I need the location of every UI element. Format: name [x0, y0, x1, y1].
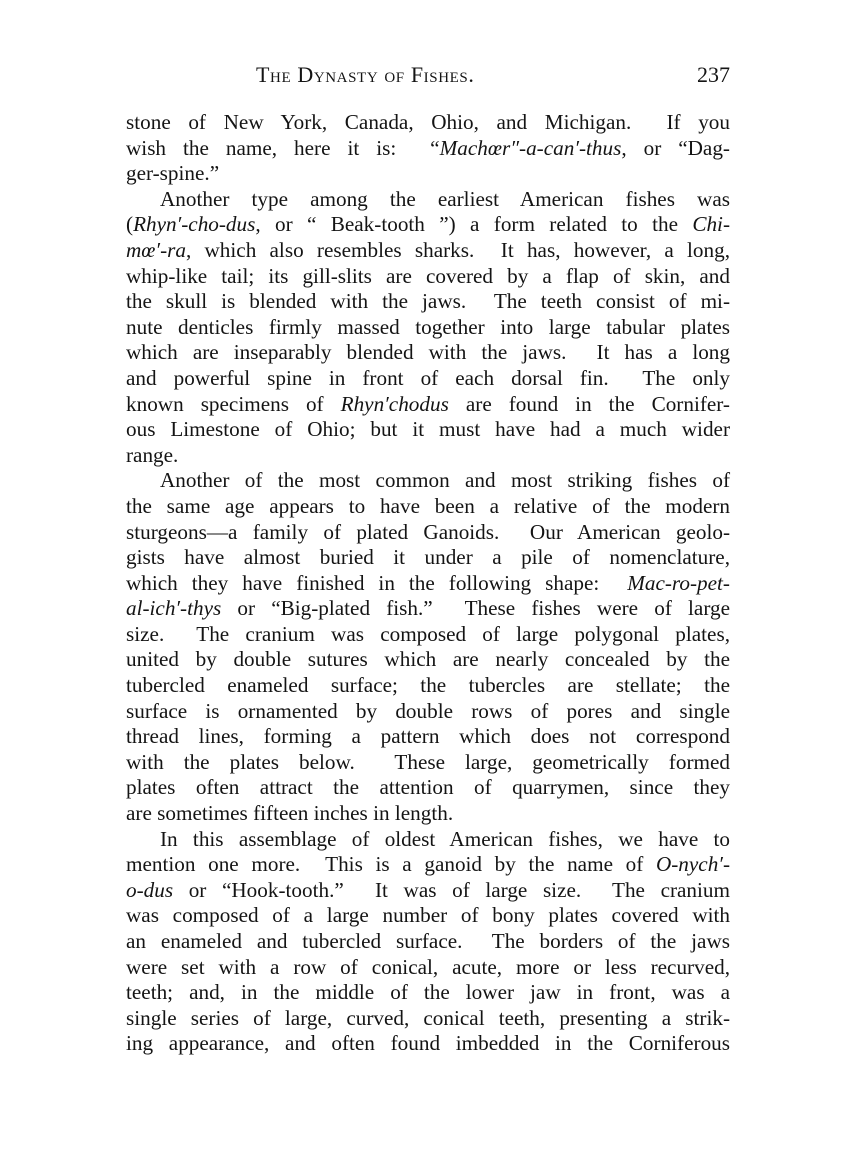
italic-term: o-dus	[126, 878, 173, 902]
text-line: ger-spine.”	[126, 161, 730, 187]
text-run: range.	[126, 443, 178, 467]
text-run: (	[126, 212, 133, 236]
text-line: are sometimes fifteen inches in length.	[126, 801, 730, 827]
text-line: known specimens of Rhyn′chodus are found…	[126, 392, 730, 418]
text-run: , or “ Beak-tooth ”) a form related to t…	[255, 212, 692, 236]
text-run: or “Hook-tooth.” It was of large size. T…	[173, 878, 730, 902]
text-run: tubercled enameled surface; the tubercle…	[126, 673, 730, 697]
text-run: and powerful spine in front of each dors…	[126, 366, 730, 390]
text-run: single series of large, curved, conical …	[126, 1006, 730, 1030]
book-page: The Dynasty of Fishes. 237 stone of New …	[126, 62, 730, 1057]
text-line: whip-like tail; its gill-slits are cover…	[126, 264, 730, 290]
italic-term: O-nych′-	[656, 852, 730, 876]
text-run: , which also resembles sharks. It has, h…	[186, 238, 730, 262]
text-run: Another type among the earliest American…	[160, 187, 730, 211]
text-run: were set with a row of conical, acute, m…	[126, 955, 730, 979]
text-line: (Rhyn′-cho-dus, or “ Beak-tooth ”) a for…	[126, 212, 730, 238]
running-title: The Dynasty of Fishes.	[256, 62, 474, 88]
text-run: mention one more. This is a ganoid by th…	[126, 852, 656, 876]
paragraph: stone of New York, Canada, Ohio, and Mic…	[126, 110, 730, 187]
text-run: which are inseparably blended with the j…	[126, 340, 730, 364]
text-line: mœ′-ra, which also resembles sharks. It …	[126, 238, 730, 264]
italic-term: al-ich′-thys	[126, 596, 221, 620]
text-run: In this assemblage of oldest American fi…	[160, 827, 730, 851]
italic-term: mœ′-ra	[126, 238, 186, 262]
text-run: whip-like tail; its gill-slits are cover…	[126, 264, 730, 288]
text-run: united by double sutures which are nearl…	[126, 647, 730, 671]
italic-term: Chi-	[692, 212, 730, 236]
text-line: gists have almost buried it under a pile…	[126, 545, 730, 571]
text-line: In this assemblage of oldest American fi…	[126, 827, 730, 853]
text-line: an enameled and tubercled surface. The b…	[126, 929, 730, 955]
text-line: range.	[126, 443, 730, 469]
text-line: ing appearance, and often found imbedded…	[126, 1031, 730, 1057]
text-run: teeth; and, in the middle of the lower j…	[126, 980, 730, 1004]
text-run: gists have almost buried it under a pile…	[126, 545, 730, 569]
text-run: Another of the most common and most stri…	[160, 468, 730, 492]
paragraph: In this assemblage of oldest American fi…	[126, 827, 730, 1057]
text-run: size. The cranium was composed of large …	[126, 622, 730, 646]
italic-term: Mac-ro-pet-	[627, 571, 730, 595]
text-line: nute denticles firmly massed together in…	[126, 315, 730, 341]
text-run: or “Big-plated fish.” These fishes were …	[221, 596, 730, 620]
italic-term: Rhyn′chodus	[341, 392, 449, 416]
text-line: wish the name, here it is: “Machœr″-a-ca…	[126, 136, 730, 162]
text-run: which they have finished in the followin…	[126, 571, 627, 595]
text-line: thread lines, forming a pattern which do…	[126, 724, 730, 750]
text-line: ous Limestone of Ohio; but it must have …	[126, 417, 730, 443]
italic-term: Rhyn′-cho-dus	[133, 212, 255, 236]
text-line: Another of the most common and most stri…	[126, 468, 730, 494]
text-line: the same age appears to have been a rela…	[126, 494, 730, 520]
running-header: The Dynasty of Fishes. 237	[126, 62, 730, 96]
text-line: teeth; and, in the middle of the lower j…	[126, 980, 730, 1006]
text-line: were set with a row of conical, acute, m…	[126, 955, 730, 981]
text-run: sturgeons—a family of plated Ganoids. Ou…	[126, 520, 730, 544]
text-line: plates often attract the attention of qu…	[126, 775, 730, 801]
text-run: surface is ornamented by double rows of …	[126, 699, 730, 723]
text-run: are sometimes fifteen inches in length.	[126, 801, 453, 825]
text-line: with the plates below. These large, geom…	[126, 750, 730, 776]
text-line: and powerful spine in front of each dors…	[126, 366, 730, 392]
text-run: the same age appears to have been a rela…	[126, 494, 730, 518]
text-run: plates often attract the attention of qu…	[126, 775, 730, 799]
text-line: united by double sutures which are nearl…	[126, 647, 730, 673]
body-text: stone of New York, Canada, Ohio, and Mic…	[126, 110, 730, 1057]
text-run: ing appearance, and often found imbedded…	[126, 1031, 730, 1055]
paragraph: Another of the most common and most stri…	[126, 468, 730, 826]
text-line: Another type among the earliest American…	[126, 187, 730, 213]
text-line: tubercled enameled surface; the tubercle…	[126, 673, 730, 699]
italic-term: Machœr″-a-can′-thus	[440, 136, 622, 160]
page-number: 237	[697, 62, 730, 88]
text-line: which they have finished in the followin…	[126, 571, 730, 597]
text-line: size. The cranium was composed of large …	[126, 622, 730, 648]
text-line: surface is ornamented by double rows of …	[126, 699, 730, 725]
text-run: the skull is blended with the jaws. The …	[126, 289, 730, 313]
text-run: thread lines, forming a pattern which do…	[126, 724, 730, 748]
text-run: are found in the Cornifer-	[449, 392, 730, 416]
text-line: the skull is blended with the jaws. The …	[126, 289, 730, 315]
text-run: ger-spine.”	[126, 161, 219, 185]
text-line: single series of large, curved, conical …	[126, 1006, 730, 1032]
text-run: known specimens of	[126, 392, 341, 416]
text-line: stone of New York, Canada, Ohio, and Mic…	[126, 110, 730, 136]
text-run: ous Limestone of Ohio; but it must have …	[126, 417, 730, 441]
text-line: sturgeons—a family of plated Ganoids. Ou…	[126, 520, 730, 546]
paragraph: Another type among the earliest American…	[126, 187, 730, 469]
text-run: an enameled and tubercled surface. The b…	[126, 929, 730, 953]
text-line: mention one more. This is a ganoid by th…	[126, 852, 730, 878]
text-line: o-dus or “Hook-tooth.” It was of large s…	[126, 878, 730, 904]
text-line: which are inseparably blended with the j…	[126, 340, 730, 366]
text-run: nute denticles firmly massed together in…	[126, 315, 730, 339]
text-run: with the plates below. These large, geom…	[126, 750, 730, 774]
text-run: was composed of a large number of bony p…	[126, 903, 730, 927]
text-line: al-ich′-thys or “Big-plated fish.” These…	[126, 596, 730, 622]
text-run: stone of New York, Canada, Ohio, and Mic…	[126, 110, 730, 134]
text-run: , or “Dag-	[621, 136, 730, 160]
text-run: wish the name, here it is: “	[126, 136, 440, 160]
text-line: was composed of a large number of bony p…	[126, 903, 730, 929]
